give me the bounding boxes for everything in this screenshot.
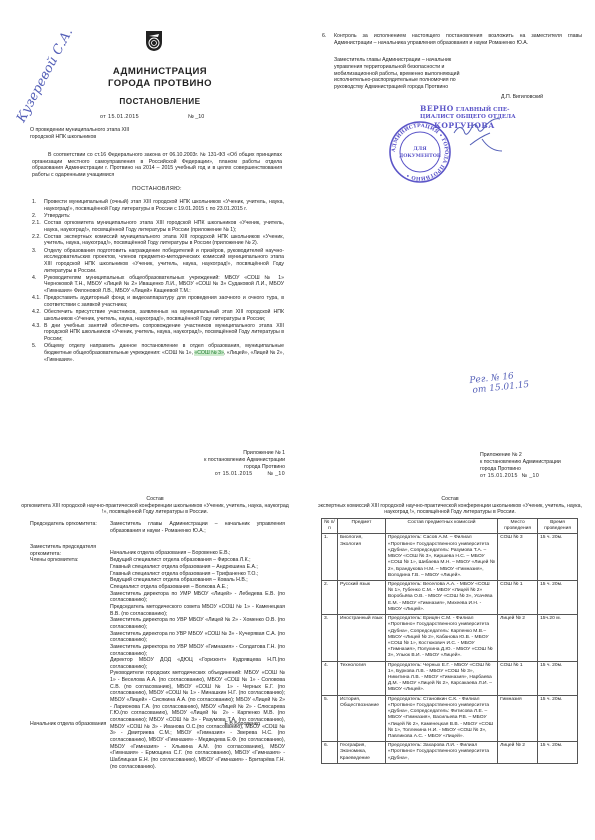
- table-row: 5.История, ОбществознаниеПредседатель: С…: [322, 695, 578, 742]
- item-number: 4.3.: [32, 323, 44, 343]
- deputy-label: Заместитель председателя оргкомитета:: [30, 544, 110, 557]
- appendix-title: Состав оргкомитета XIII городской научно…: [20, 496, 290, 516]
- appendix-city: города Протвино: [185, 464, 285, 471]
- table-cell: 15 ч. 20м.: [538, 661, 578, 695]
- appendix-label: Приложение № 2: [480, 452, 590, 459]
- appendix-signature: Начальник отдела образования Е.В.Боровен…: [30, 721, 260, 728]
- item-number: 5.: [32, 343, 44, 363]
- signatory-title: Заместитель главы Администрации – началь…: [334, 57, 474, 91]
- table-cell: 4.: [322, 661, 338, 695]
- appendix-label: Приложение № 1: [185, 450, 285, 457]
- decree-page-2: 6. Контроль за исполнением настоящего по…: [300, 0, 595, 440]
- highlighted-school: «СОШ № 3»: [194, 350, 224, 356]
- table-cell: Лицей № 2: [498, 742, 538, 764]
- document-number: № _10: [188, 114, 204, 121]
- item-text: Обеспечить присутствие участников, заявл…: [44, 309, 284, 322]
- stamp-verno: ВЕРНО: [420, 104, 454, 113]
- column-header: Предмет: [337, 519, 385, 534]
- title-line-2: оргкомитета XIII городской научно-практи…: [20, 503, 290, 516]
- table-cell: 15 ч. 20м.: [538, 742, 578, 764]
- decree-item: 2.1.Состав оргкомитета муниципального эт…: [32, 220, 284, 233]
- chair-value: Заместитель главы Администрации – началь…: [110, 521, 285, 534]
- table-cell: Председатель: Черных Е.Г. - МБОУ «СОШ № …: [385, 661, 497, 695]
- item-text: Состав экспертных комиссий муниципальног…: [44, 234, 284, 247]
- table-cell: Русский язык: [337, 580, 385, 614]
- member-entry: Председатель методического совета МБОУ «…: [110, 604, 285, 617]
- item-text: Утвердить:: [44, 213, 284, 220]
- table-row: 2.Русский языкПредседатель: Веселова А.А…: [322, 580, 578, 614]
- table-cell: 15 ч. 20м.: [538, 580, 578, 614]
- table-row: 1.Биология, ЭкологияПредседатель: Сасов …: [322, 534, 578, 581]
- handwritten-signature-icon: [450, 115, 505, 158]
- svg-text:ДОКУМЕНТОВ: ДОКУМЕНТОВ: [399, 153, 441, 159]
- registration-note: Рег. № 16 от 15.01.15: [469, 371, 530, 397]
- expert-commissions-table: № п/пПредметСостав предметных комиссийМе…: [321, 518, 578, 764]
- member-entry: Специалист отдела образования – Волкова …: [110, 584, 285, 591]
- table-cell: Лицей № 2: [498, 615, 538, 662]
- item-text: Состав оргкомитета муниципального этапа …: [44, 220, 284, 233]
- table-cell: История, Обществознание: [337, 695, 385, 742]
- table-header-row: № п/пПредметСостав предметных комиссийМе…: [322, 519, 578, 534]
- item-number: 3.: [32, 248, 44, 275]
- title-line-1: Состав: [20, 496, 290, 503]
- protvino-coat-of-arms-icon: [145, 30, 163, 52]
- table-cell: Председатель: Ерицян С.М. - Филиал «Прот…: [385, 615, 497, 662]
- column-header: Состав предметных комиссий: [385, 519, 497, 534]
- table-cell: Председатель: Становкин С.К. - Филиал «П…: [385, 695, 497, 742]
- decree-item-6: 6. Контроль за исполнением настоящего по…: [322, 33, 582, 47]
- item-text: Провести муниципальный (очный) этап XIII…: [44, 199, 284, 212]
- members-list: Ведущий специалист отдела образования – …: [110, 557, 285, 770]
- member-entry: Ведущий специалист отдела образования – …: [110, 577, 285, 584]
- item-text: Предоставить аудиторный фонд и видеоаппа…: [44, 295, 284, 308]
- members-label: Члены оргкомитета:: [30, 557, 110, 770]
- decree-page-1: Кузеревой С.А. АДМИНИСТРАЦИЯ ГОРОДА ПРОТ…: [0, 0, 300, 440]
- decree-item-5: 5. Общему отделу направить данное постан…: [32, 343, 284, 363]
- table-cell: География, Экономика, Краеведение: [337, 742, 385, 764]
- table-row: 3.Иностранный языкПредседатель: Ерицян С…: [322, 615, 578, 662]
- member-entry: Заместитель директора по УВР МБОУ «Гимна…: [110, 644, 285, 657]
- item-text: Контроль за исполнением настоящего поста…: [334, 33, 582, 46]
- issuer-heading: АДМИНИСТРАЦИЯ ГОРОДА ПРОТВИНО: [60, 66, 260, 90]
- table-cell: 15ч.20 м.: [538, 615, 578, 662]
- chair-label: Председатель оргкомитета:: [30, 521, 110, 534]
- item-number: 2.1.: [32, 220, 44, 233]
- preamble: В соответствии со ст.16 Федерального зак…: [32, 152, 282, 179]
- item-number: 1.: [32, 199, 44, 212]
- table-cell: 15 ч. 20м.: [538, 534, 578, 581]
- item-number: 4.: [32, 275, 44, 295]
- table-cell: 1.: [322, 534, 338, 581]
- item-number: 4.1.: [32, 295, 44, 308]
- member-entry: Ведущий специалист отдела образования – …: [110, 557, 285, 564]
- table-cell: СОШ № 3: [498, 534, 538, 581]
- document-subject: О проведении муниципального этапа XIII г…: [30, 127, 150, 140]
- appendix-number: № _10: [521, 473, 539, 479]
- member-entry: Главный специалист отдела образования – …: [110, 564, 285, 571]
- item-text: Руководителям муниципальных общеобразова…: [44, 275, 284, 295]
- committee-chair: Председатель оргкомитета: Заместитель гл…: [30, 521, 285, 534]
- column-header: Место проведения: [498, 519, 538, 534]
- committee-members: Заместитель председателя оргкомитета: На…: [30, 544, 285, 770]
- appendix-ref: к постановлению Администрации: [185, 457, 285, 464]
- table-cell: Председатель: Захарова Л.И. - Филиал «Пр…: [385, 742, 497, 764]
- item-number: 2.: [32, 213, 44, 220]
- member-entry: Директор МБОУ ДОД «ДЮЦ «Горизонт» Кудряв…: [110, 657, 285, 670]
- item-text: Отделу образования подготовить награжден…: [44, 248, 284, 275]
- member-entry: Заместитель директора по УМР МБОУ «Лицей…: [110, 591, 285, 604]
- member-entry: Заместитель директора по УВР МБОУ «СОШ №…: [110, 631, 285, 644]
- stamp-line-1: ГЛАВНЫЙ СПЕ-: [456, 107, 510, 113]
- decree-item: 4.3.В дни учебных занятий обеспечить соп…: [32, 323, 284, 343]
- table-cell: Биология, Экология: [337, 534, 385, 581]
- issuer-line-1: АДМИНИСТРАЦИЯ: [60, 66, 260, 78]
- title-line-2: экспертных комиссий XIII городской научн…: [310, 503, 590, 516]
- appendix-header: Приложение № 1 к постановлению Администр…: [185, 450, 285, 477]
- item-text: В дни учебных занятий обеспечить сопрово…: [44, 323, 284, 343]
- table-cell: Гимназия: [498, 695, 538, 742]
- member-entry: Заместитель директора по УВР МБОУ «Лицей…: [110, 617, 285, 630]
- decree-item: 4.1.Предоставить аудиторный фонд и видео…: [32, 295, 284, 308]
- sign-name: Е.В.Боровенко: [224, 721, 260, 728]
- table-cell: 3.: [322, 615, 338, 662]
- table-cell: Председатель: Сасов А.М. – Филиал «Протв…: [385, 534, 497, 581]
- table-cell: Председатель: Веселова А.А. - МБОУ «СОШ …: [385, 580, 497, 614]
- table-cell: СОШ № 1: [498, 580, 538, 614]
- resolve-heading: ПОСТАНОВЛЯЮ:: [32, 186, 282, 193]
- column-header: Время проведения: [538, 519, 578, 534]
- table-cell: 6.: [322, 742, 338, 764]
- appendix-2-page: Приложение № 2 к постановлению Администр…: [300, 440, 595, 840]
- table-cell: Технология: [337, 661, 385, 695]
- issuer-line-2: ГОРОДА ПРОТВИНО: [60, 78, 260, 90]
- appendix-city: города Протвино: [480, 466, 590, 473]
- appendix-1-page: Приложение № 1 к постановлению Администр…: [0, 440, 300, 840]
- appendix-date: от 15.01.2015: [480, 473, 518, 479]
- decree-item: 3.Отделу образования подготовить награжд…: [32, 248, 284, 275]
- item-number: 4.2.: [32, 309, 44, 322]
- item-text: Общему отделу направить данное постановл…: [44, 343, 284, 363]
- document-type: ПОСТАНОВЛЕНИЕ: [60, 97, 260, 108]
- appendix-ref: к постановлению Администрации: [480, 459, 590, 466]
- document-date: от 15.01.2015: [100, 114, 139, 121]
- sign-title: Начальник отдела образования: [30, 721, 106, 728]
- decree-item: 1.Провести муниципальный (очный) этап XI…: [32, 199, 284, 212]
- table-cell: Иностранный язык: [337, 615, 385, 662]
- title-line-1: Состав: [310, 496, 590, 503]
- appendix-number: № _10: [267, 471, 285, 477]
- column-header: № п/п: [322, 519, 338, 534]
- decree-items: 1.Провести муниципальный (очный) этап XI…: [32, 199, 284, 364]
- official-seal: АДМИНИСТРАЦИЯ • ГОРОДА ПРОТВИНО • ДЛЯ ДО…: [388, 120, 452, 187]
- decree-item: 2.2.Состав экспертных комиссий муниципал…: [32, 234, 284, 247]
- appendix-date: от 15.01.2015: [215, 471, 253, 477]
- table-cell: 5.: [322, 695, 338, 742]
- deputy-value: Начальник отдела образования – Боровенко…: [110, 544, 285, 557]
- table-cell: 15 ч. 20м.: [538, 695, 578, 742]
- appendix-title: Состав экспертных комиссий XIII городско…: [310, 496, 590, 516]
- decree-item: 2.Утвердить:: [32, 213, 284, 220]
- decree-item: 4.2.Обеспечить присутствие участников, з…: [32, 309, 284, 322]
- table-cell: 2.: [322, 580, 338, 614]
- appendix-header: Приложение № 2 к постановлению Администр…: [480, 452, 590, 479]
- signatory-name: Д.П. Вигиловский: [501, 94, 543, 101]
- item-number: 2.2.: [32, 234, 44, 247]
- svg-text:ДЛЯ: ДЛЯ: [413, 146, 427, 152]
- table-cell: СОШ № 1: [498, 661, 538, 695]
- decree-item: 4.Руководителям муниципальных общеобразо…: [32, 275, 284, 295]
- table-row: 6.География, Экономика, КраеведениеПредс…: [322, 742, 578, 764]
- table-row: 4.ТехнологияПредседатель: Черных Е.Г. - …: [322, 661, 578, 695]
- item-number: 6.: [322, 33, 334, 46]
